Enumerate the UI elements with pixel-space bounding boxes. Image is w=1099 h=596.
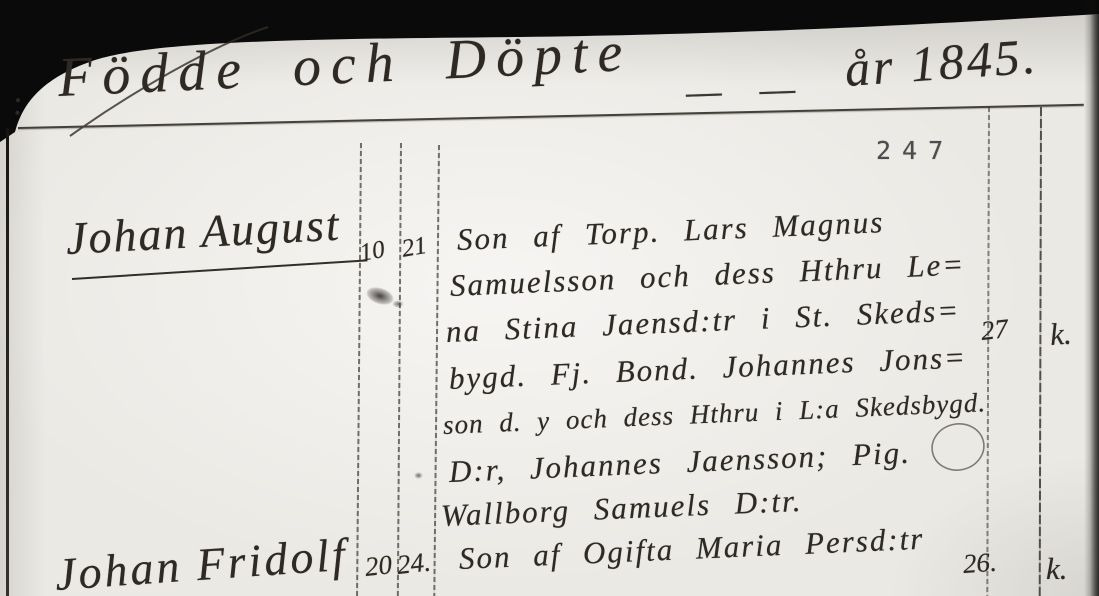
column-rule [1039, 107, 1042, 596]
page-number-stamp: 247 [876, 136, 954, 165]
record-text-line: son d. y och dess Hthru i L:a Skedsbygd. [442, 387, 986, 441]
column-rule [433, 145, 440, 596]
book-mark: k. [1046, 551, 1068, 587]
birth-day: 20 [363, 549, 393, 583]
ink-smudge [392, 300, 404, 308]
column-rule [986, 107, 990, 596]
column-rule [356, 143, 362, 596]
page-ref-number: 27 [979, 313, 1009, 347]
baptism-day: 24. [395, 547, 432, 581]
record-text-line: Wallborg Samuels D:tr. [440, 483, 803, 534]
title-dashes: — — [685, 64, 810, 115]
record-name: Johan Fridolf [53, 528, 349, 596]
record-text-line: bygd. Fj. Bond. Johannes Jons= [448, 339, 967, 397]
scanned-church-record-page: : Födde och Döpte — — år 1845. 247 Johan… [0, 0, 1099, 596]
name-underline [72, 259, 368, 280]
record-name: Johan August [65, 198, 342, 265]
birth-day: 10 [358, 236, 387, 268]
scan-right-shadow [1084, 0, 1099, 596]
record-text-line: Son af Torp. Lars Magnus [456, 204, 885, 258]
record-text-line: na Stina Jaensd:tr i St. Skeds= [445, 292, 961, 350]
baptism-day: 21 [400, 232, 429, 264]
ink-smudge [414, 472, 423, 479]
page-left-edge [6, 128, 9, 596]
book-mark: k. [1049, 316, 1073, 353]
column-rule [397, 143, 402, 596]
record-text-line: D:r, Johannes Jaensson; Pig. [448, 435, 911, 490]
page-ref-number: 26. [962, 547, 998, 580]
